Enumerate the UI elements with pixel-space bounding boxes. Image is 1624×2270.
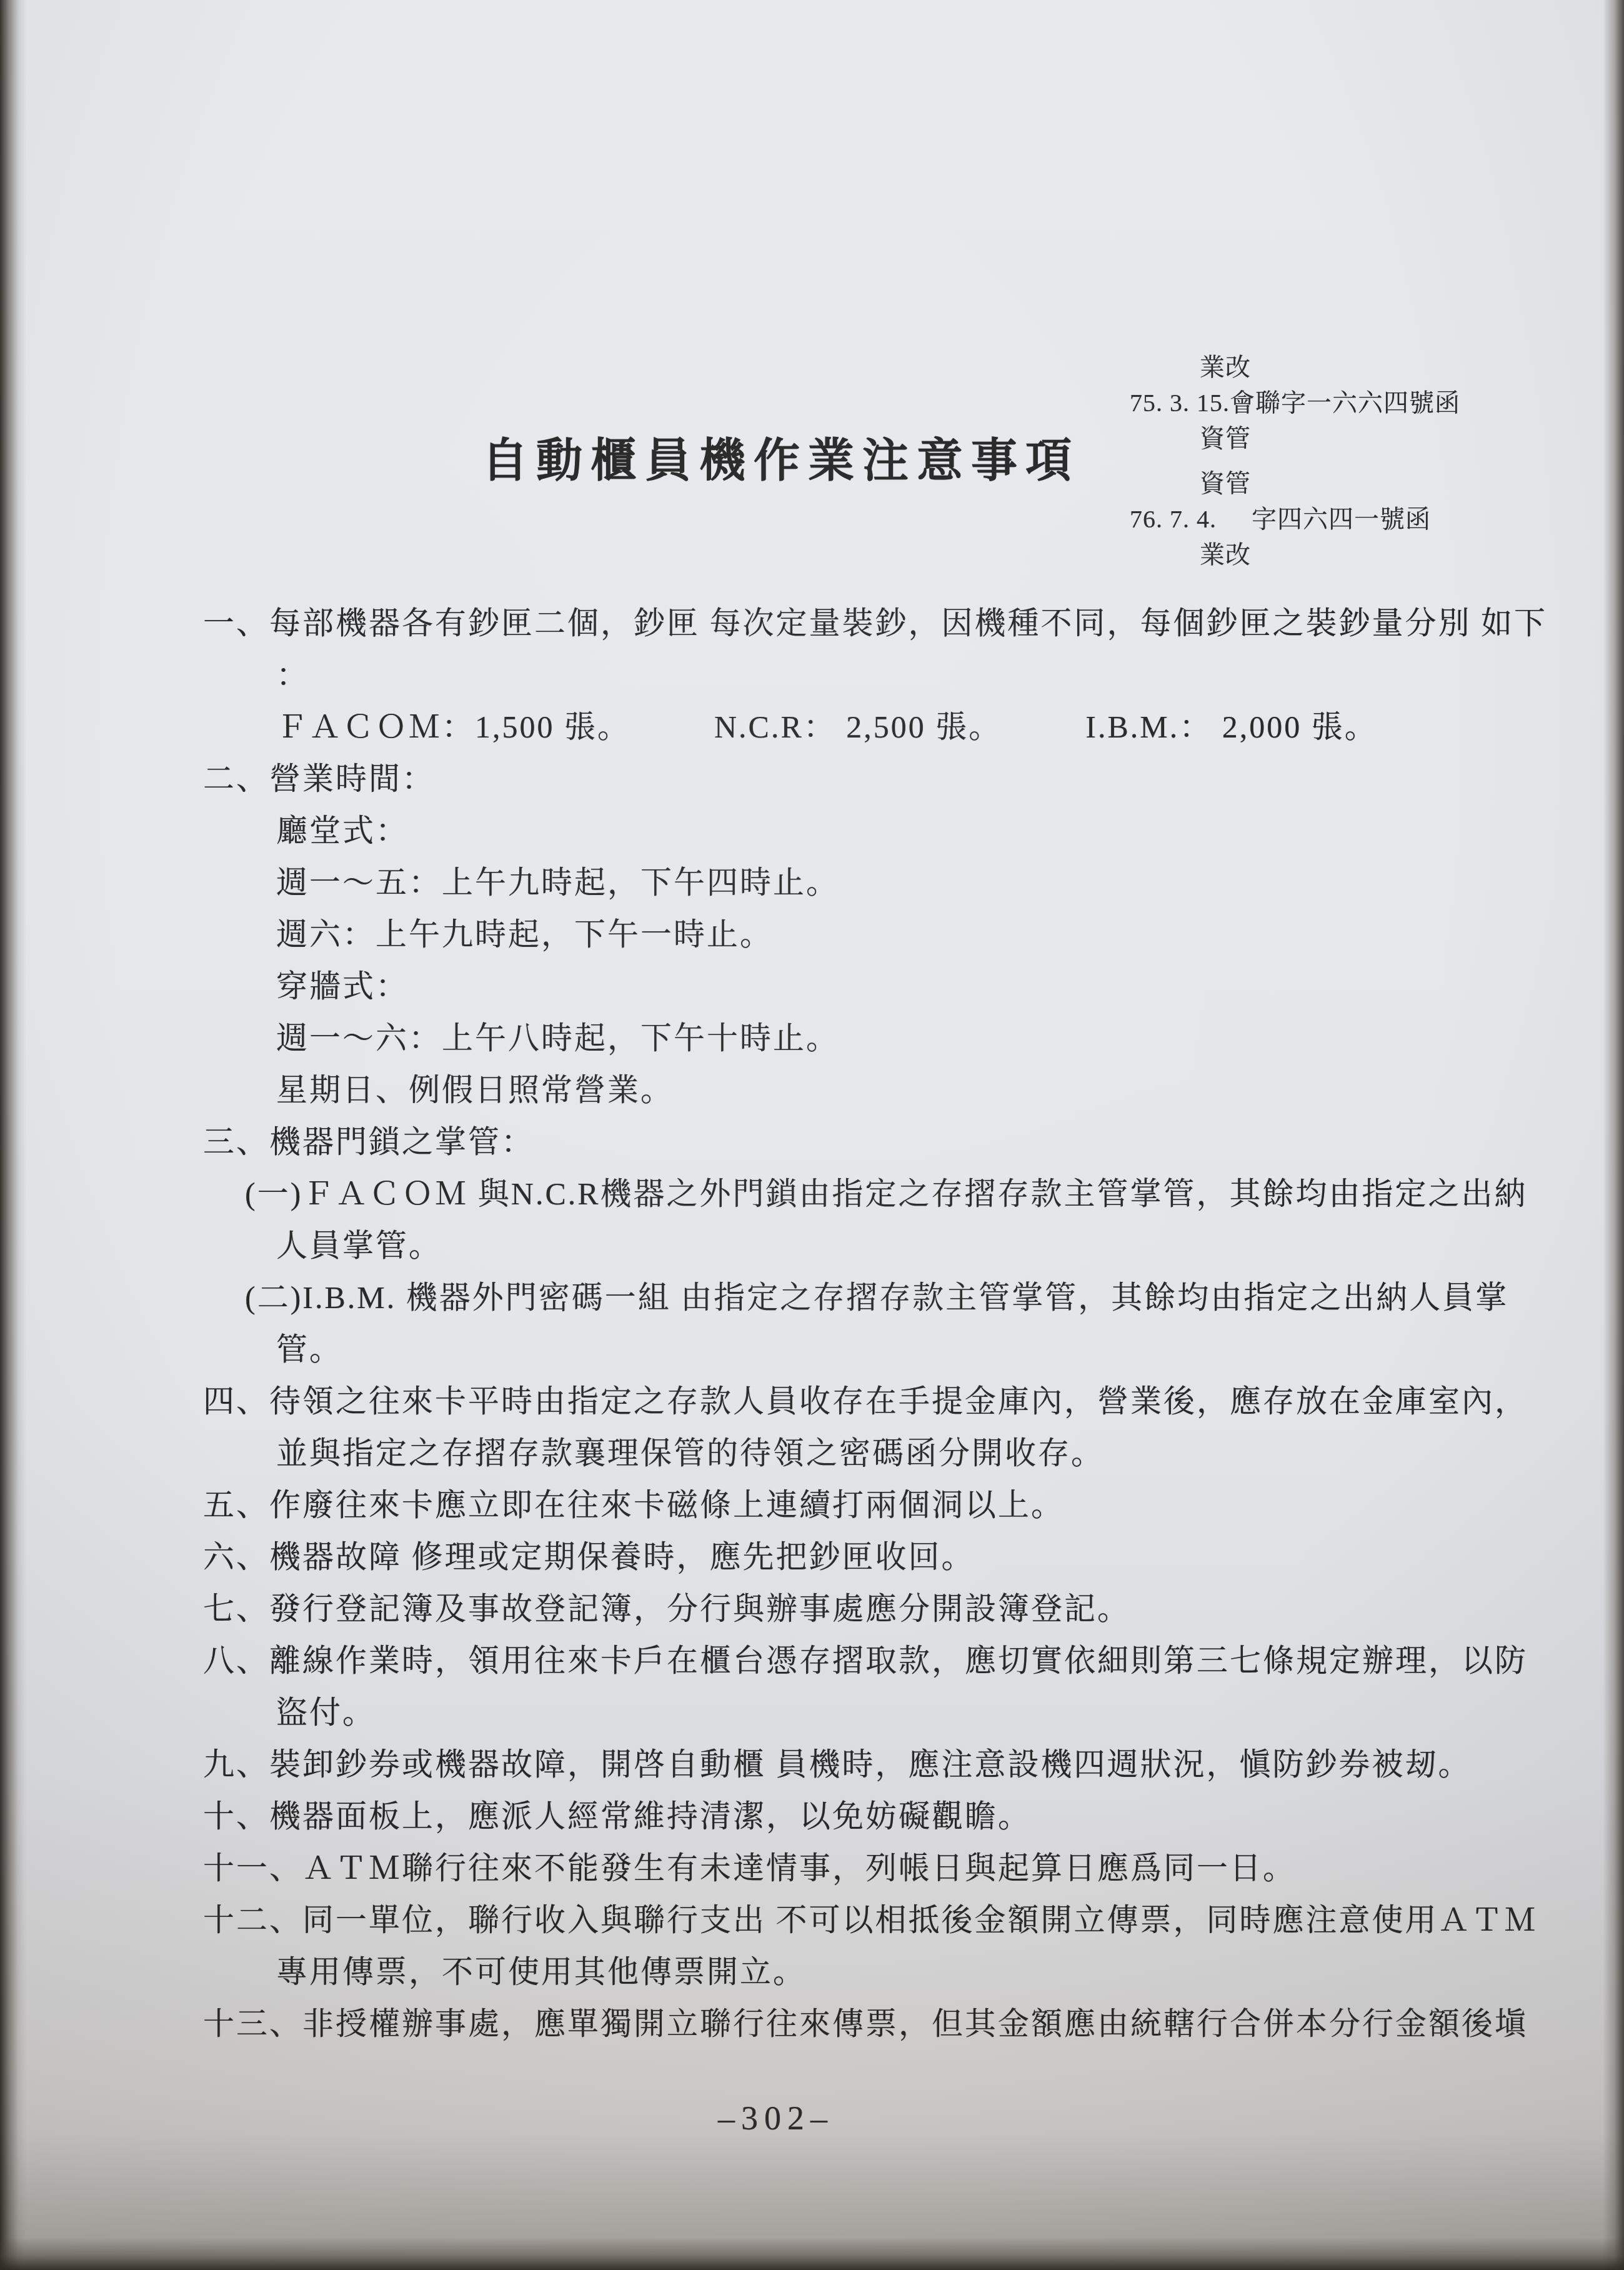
body-line: 六、機器故障 修理或定期保養時，應先把鈔匣收回。	[0, 1531, 1624, 1583]
body-line: 並與指定之存摺存款襄理保管的待領之密碼函分開收存。	[0, 1427, 1624, 1479]
body-line: 七、發行登記簿及事故登記簿，分行與辦事處應分開設簿登記。	[0, 1583, 1624, 1635]
page-title: 自動櫃員機作業注意事項	[0, 424, 1593, 490]
body-line: 週一～五：上午九時起，下午四時止。	[0, 857, 1624, 909]
body-line: 週一～六：上午八時起，下午十時止。	[0, 1012, 1624, 1064]
body-line: (二)I.B.M. 機器外門密碼一組 由指定之存摺存款主管掌管，其餘均由指定之出…	[0, 1272, 1624, 1324]
scan-edge-bottom	[0, 2237, 1624, 2270]
reference-1-dept-top: 業改	[1125, 350, 1460, 385]
page-number: –302–	[0, 2099, 1588, 2137]
body-line: 週六：上午九時起，下午一時止。	[0, 909, 1624, 961]
body-line: 星期日、例假日照常營業。	[0, 1064, 1624, 1116]
body-line: 人員掌管。	[0, 1220, 1624, 1272]
reference-2-text: 76. 7. 4.字四六四一號函	[1125, 501, 1460, 537]
body-line: 八、離線作業時，領用往來卡戶在櫃台憑存摺取款，應切實依細則第三七條規定辦理，以防	[0, 1635, 1624, 1687]
body-line: ：	[0, 649, 1624, 701]
reference-2-date: 76. 7. 4.	[1130, 505, 1217, 533]
scan-shadow-bottom	[0, 2132, 1624, 2270]
body-line: 十一、ＡＴＭ聯行往來不能發生有未達情事，列帳日與起算日應爲同一日。	[0, 1842, 1624, 1894]
scanned-document-page: 業改 75. 3. 15.會聯字一六六四號函 資管 資管 76. 7. 4.字四…	[0, 0, 1624, 2270]
body-line: 一、每部機器各有鈔匣二個，鈔匣 每次定量裝鈔，因機種不同，每個鈔匣之裝鈔量分別 …	[0, 597, 1624, 649]
body-line: 廳堂式：	[0, 805, 1624, 857]
body-line: 管。	[0, 1324, 1624, 1376]
document-body: 一、每部機器各有鈔匣二個，鈔匣 每次定量裝鈔，因機種不同，每個鈔匣之裝鈔量分別 …	[0, 597, 1624, 2050]
reference-1-text: 75. 3. 15.會聯字一六六四號函	[1125, 385, 1460, 421]
body-line: 十、機器面板上，應派人經常維持清潔，以免妨礙觀瞻。	[0, 1791, 1624, 1842]
body-line: 盜付。	[0, 1687, 1624, 1739]
body-line: 三、機器門鎖之掌管：	[0, 1116, 1624, 1168]
body-line: ＦＡＣＯＭ：1,500 張。 N.C.R： 2,500 張。 I.B.M.： 2…	[0, 701, 1624, 753]
body-line: 十三、非授權辦事處，應單獨開立聯行往來傳票，但其金額應由統轄行合併本分行金額後塡	[0, 1998, 1624, 2050]
body-line: 四、待領之往來卡平時由指定之存款人員收存在手提金庫內，營業後，應存放在金庫室內，	[0, 1376, 1624, 1427]
body-line: 專用傳票，不可使用其他傳票開立。	[0, 1946, 1624, 1998]
reference-2-number: 字四六四一號函	[1252, 505, 1431, 533]
body-line: (一)ＦＡＣＯＭ 與N.C.R機器之外門鎖由指定之存摺存款主管掌管，其餘均由指定…	[0, 1168, 1624, 1220]
body-line: 五、作廢往來卡應立即在往來卡磁條上連續打兩個洞以上。	[0, 1479, 1624, 1531]
body-line: 十二、同一單位，聯行收入與聯行支出 不可以相抵後金額開立傳票，同時應注意使用ＡＴ…	[0, 1894, 1624, 1946]
body-line: 穿牆式：	[0, 961, 1624, 1012]
body-line: 九、裝卸鈔券或機器故障，開啓自動櫃 員機時，應注意設機四週狀況，愼防鈔券被刼。	[0, 1739, 1624, 1791]
body-line: 二、營業時間：	[0, 753, 1624, 805]
reference-2-dept-bottom: 業改	[1125, 537, 1460, 572]
